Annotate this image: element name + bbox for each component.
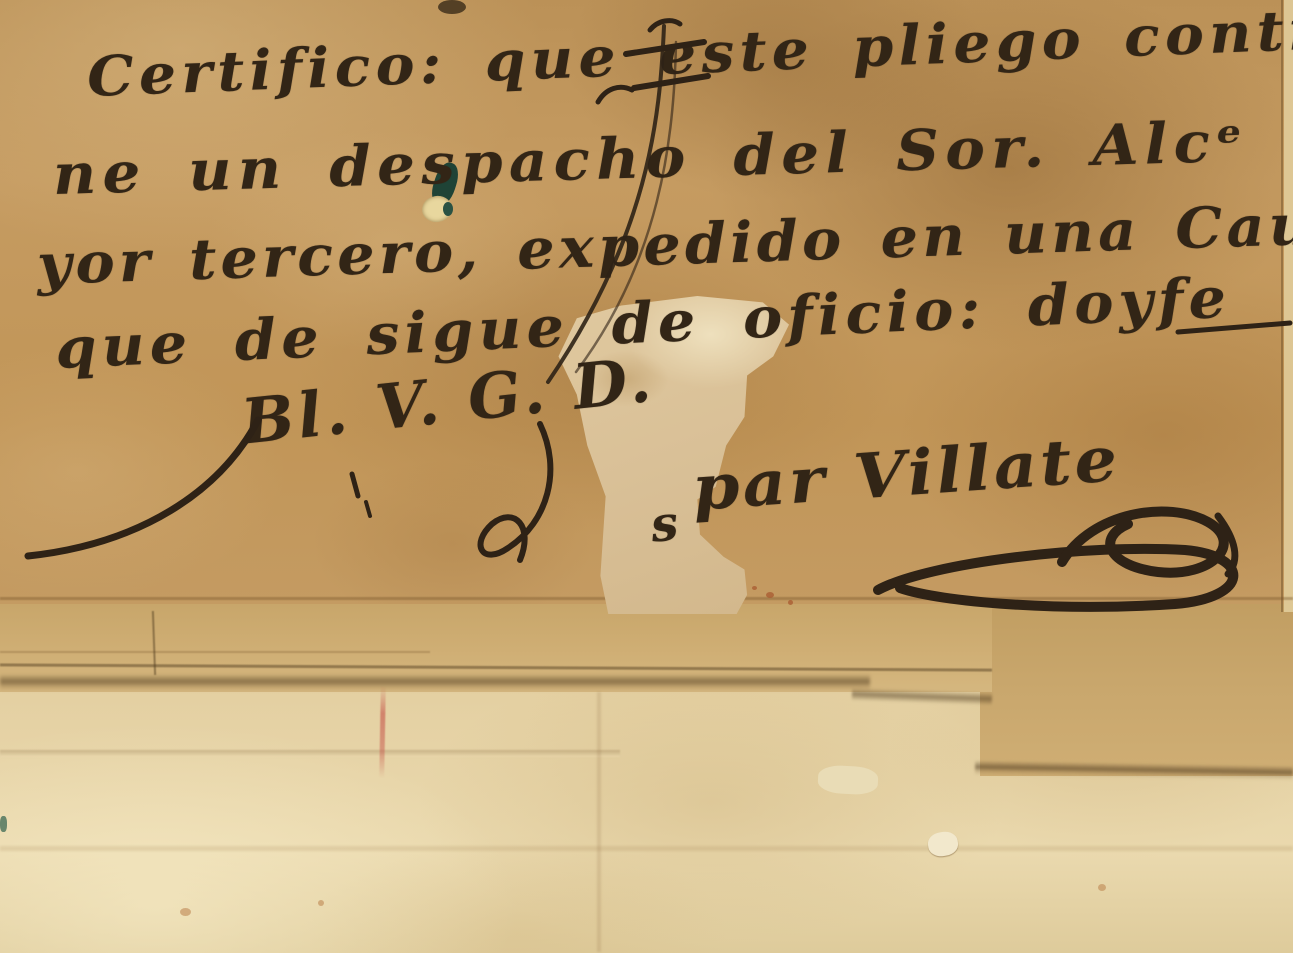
paper-crease-faint [0, 846, 1293, 851]
rust-speck [766, 592, 774, 598]
paper-crease [0, 750, 620, 757]
under-paper-edge [597, 692, 601, 952]
faint-crease-line [0, 651, 430, 653]
teal-speck [0, 816, 7, 832]
signature-fragment: s [648, 495, 681, 554]
paper-freckle [180, 908, 191, 916]
paper-freckle [318, 900, 324, 906]
teal-ink-blot-speck [443, 202, 453, 216]
rust-speck [752, 586, 757, 590]
paper-layer-middle-right [980, 604, 1293, 776]
page-edge-line [1281, 0, 1283, 612]
manuscript-scan: Certifico: que este pliego contie- ne un… [0, 0, 1293, 953]
pale-chip [817, 764, 878, 795]
paper-tear-edge-left [0, 674, 870, 691]
page-edge-strip [1284, 0, 1293, 612]
paper-freckle [1098, 884, 1106, 891]
rust-speck [788, 600, 793, 605]
ink-smudge [438, 0, 466, 14]
